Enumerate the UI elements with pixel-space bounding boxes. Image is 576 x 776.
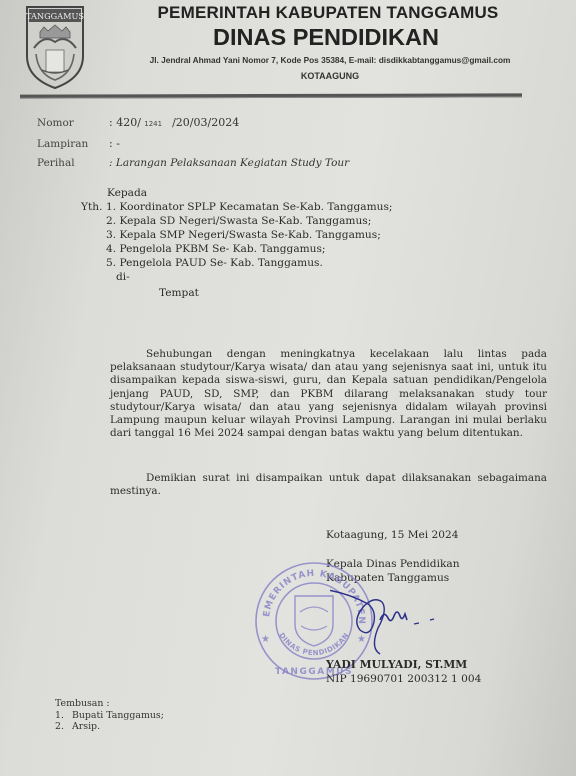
government-heading: PEMERINTAH KABUPATEN TANGGAMUS: [138, 3, 518, 23]
nomor-label: Nomor: [37, 117, 109, 129]
nomor-line: Nomor: 420/ 1241 /20/03/2024: [37, 116, 239, 129]
lampiran-line: Lampiran: -: [37, 137, 120, 150]
yth-label: Yth.: [81, 201, 102, 213]
signatory-nip: NIP 19690701 200312 1 004: [326, 673, 481, 685]
nomor-suffix: /20/03/2024: [172, 116, 239, 129]
handwritten-signature: [330, 580, 450, 660]
recipient-3: 3. Kepala SMP Negeri/Swasta Se-Kab. Tang…: [106, 229, 381, 241]
tembusan-label: Tembusan :: [55, 698, 110, 709]
tempat-label: Tempat: [159, 287, 199, 299]
recipient-2: 2. Kepala SD Negeri/Swasta Se-Kab. Tangg…: [106, 215, 371, 227]
lampiran-value: : -: [109, 137, 120, 150]
svg-text:TANGGAMUS: TANGGAMUS: [26, 11, 84, 21]
perihal-value: : Larangan Pelaksanaan Kegiatan Study To…: [109, 157, 349, 169]
body-paragraph-1: Sehubungan dengan meningkatnya kecelakaa…: [110, 348, 547, 440]
recipient-4: 4. Pengelola PKBM Se- Kab. Tanggamus;: [106, 243, 326, 255]
tembusan-item-2: 2.Arsip.: [55, 721, 100, 732]
perihal-line: Perihal: Larangan Pelaksanaan Kegiatan S…: [37, 157, 349, 169]
agency-address: Jl. Jendral Ahmad Yani Nomor 7, Kode Pos…: [100, 55, 560, 65]
recipient-5: 5. Pengelola PAUD Se- Kab. Tanggamus.: [106, 257, 323, 269]
body-paragraph-2: Demikian surat ini disampaikan untuk dap…: [110, 472, 547, 498]
tanggamus-crest-logo: TANGGAMUS: [24, 4, 86, 90]
recipient-1: 1. Koordinator SPLP Kecamatan Se-Kab. Ta…: [106, 201, 392, 213]
svg-text:★: ★: [261, 634, 270, 645]
kepada-label: Kepada: [107, 187, 147, 199]
signatory-name: YADI MULYADI, ST.MM: [326, 658, 467, 671]
letterhead-divider: [20, 93, 522, 98]
agency-city: KOTAAGUNG: [100, 71, 560, 81]
lampiran-label: Lampiran: [37, 138, 109, 150]
di-label: di-: [116, 271, 130, 283]
tembusan-item-1: 1.Bupati Tanggamus;: [55, 710, 164, 721]
nomor-handwritten: 1241: [144, 120, 162, 128]
place-date: Kotaagung, 15 Mei 2024: [326, 529, 459, 541]
nomor-prefix: : 420/: [109, 116, 141, 129]
perihal-label: Perihal: [37, 157, 109, 169]
agency-heading: DINAS PENDIDIKAN: [126, 24, 526, 51]
letter-page: TANGGAMUS PEMERINTAH KABUPATEN TANGGAMUS…: [0, 0, 576, 776]
